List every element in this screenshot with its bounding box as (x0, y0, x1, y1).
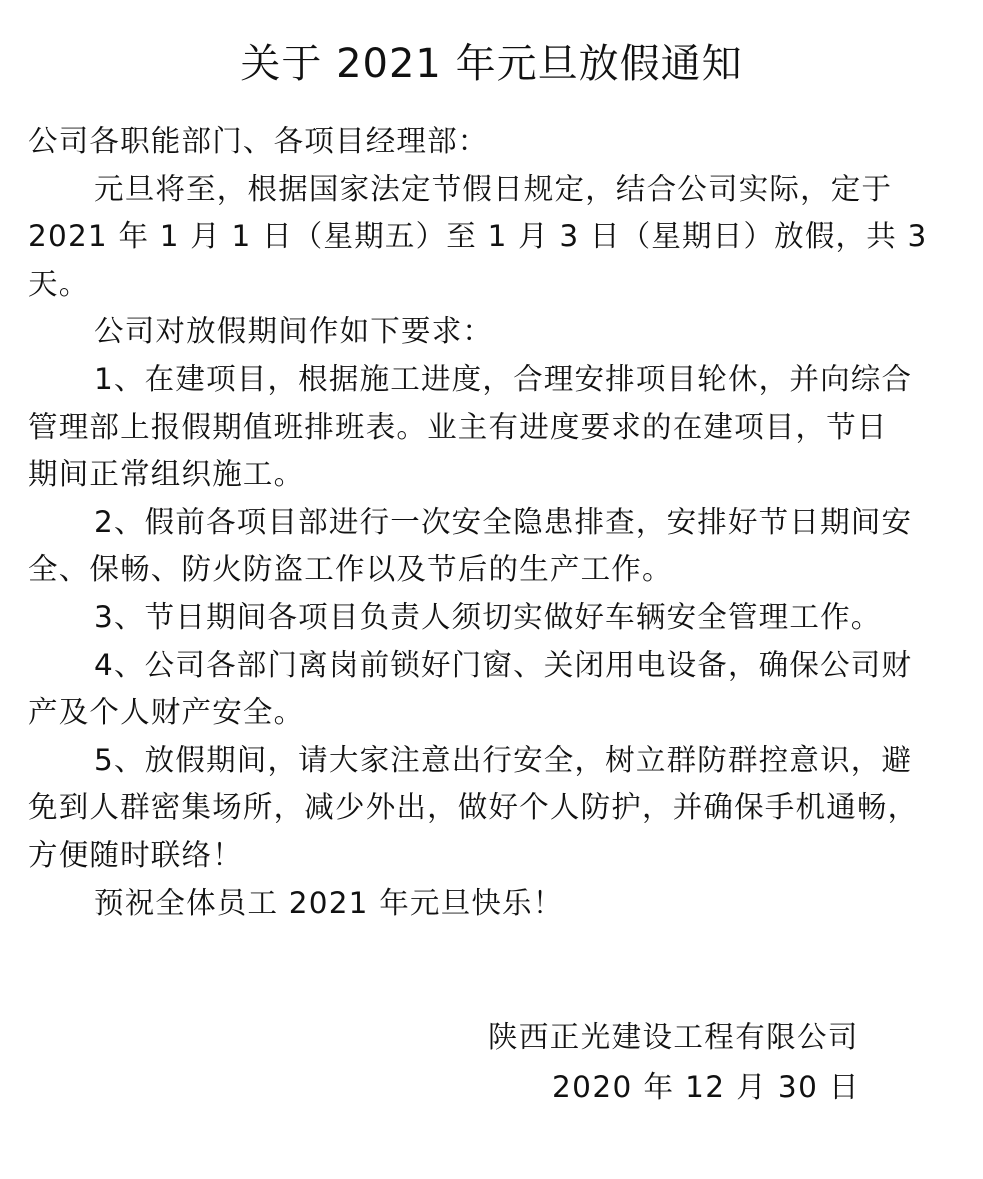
document-body: 公司各职能部门、各项目经理部： 元旦将至，根据国家法定节假日规定，结合公司实际，… (28, 118, 958, 927)
requirement-line: 1、在建项目，根据施工进度，合理安排项目轮休，并向综合 (28, 356, 958, 404)
requirement-line: 2、假前各项目部进行一次安全隐患排查，安排好节日期间安 (28, 499, 958, 547)
requirement-line: 4、公司各部门离岗前锁好门窗、关闭用电设备，确保公司财 (28, 642, 958, 690)
requirement-line: 产及个人财产安全。 (28, 689, 958, 737)
intro-line: 天。 (28, 261, 958, 309)
signature-company: 陕西正光建设工程有限公司 (488, 1012, 859, 1062)
requirement-item-5: 5、放假期间，请大家注意出行安全，树立群防群控意识，避 免到人群密集场所，减少外… (28, 737, 958, 880)
closing-wish: 预祝全体员工 2021 年元旦快乐！ (28, 880, 958, 928)
signature-date: 2020 年 12 月 30 日 (552, 1062, 860, 1112)
requirement-line: 方便随时联络！ (28, 832, 958, 880)
requirement-item-3: 3、节日期间各项目负责人须切实做好车辆安全管理工作。 (28, 594, 958, 642)
salutation: 公司各职能部门、各项目经理部： (28, 118, 958, 166)
intro-line: 2021 年 1 月 1 日（星期五）至 1 月 3 日（星期日）放假，共 3 (28, 213, 958, 261)
requirement-line: 全、保畅、防火防盗工作以及节后的生产工作。 (28, 546, 958, 594)
requirements-heading: 公司对放假期间作如下要求： (28, 308, 958, 356)
requirement-line: 5、放假期间，请大家注意出行安全，树立群防群控意识，避 (28, 737, 958, 785)
document-title: 关于 2021 年元旦放假通知 (0, 38, 983, 90)
requirement-item-1: 1、在建项目，根据施工进度，合理安排项目轮休，并向综合 管理部上报假期值班排班表… (28, 356, 958, 499)
requirement-line: 3、节日期间各项目负责人须切实做好车辆安全管理工作。 (28, 594, 958, 642)
requirement-line: 管理部上报假期值班排班表。业主有进度要求的在建项目，节日 (28, 404, 958, 452)
intro-line: 元旦将至，根据国家法定节假日规定，结合公司实际，定于 (28, 166, 958, 214)
requirement-line: 期间正常组织施工。 (28, 451, 958, 499)
requirement-item-2: 2、假前各项目部进行一次安全隐患排查，安排好节日期间安 全、保畅、防火防盗工作以… (28, 499, 958, 594)
requirement-line: 免到人群密集场所，减少外出，做好个人防护，并确保手机通畅， (28, 784, 958, 832)
requirement-item-4: 4、公司各部门离岗前锁好门窗、关闭用电设备，确保公司财 产及个人财产安全。 (28, 642, 958, 737)
intro-paragraph: 元旦将至，根据国家法定节假日规定，结合公司实际，定于 2021 年 1 月 1 … (28, 166, 958, 309)
